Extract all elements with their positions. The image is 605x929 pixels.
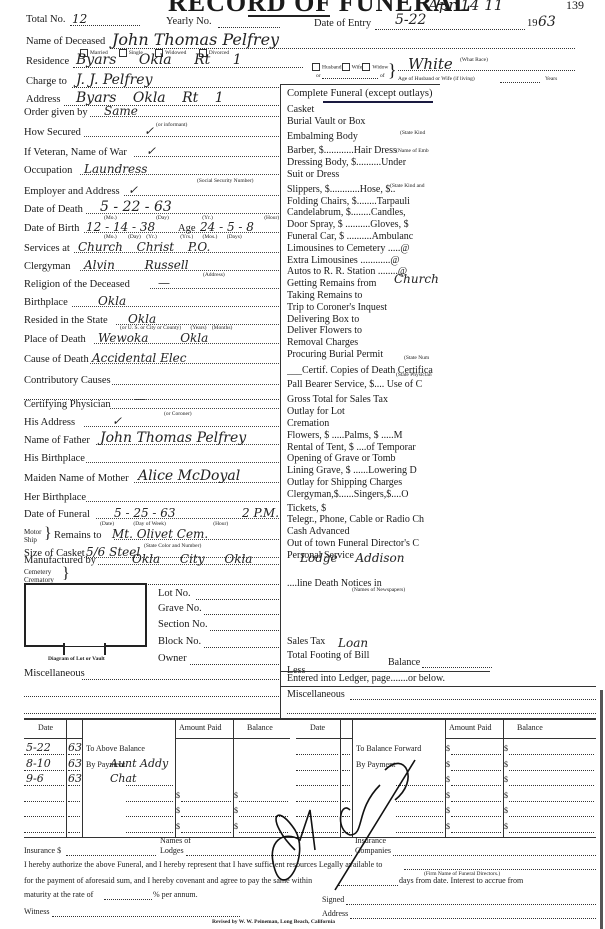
lot-diagram-right-post <box>104 643 106 655</box>
contributory-causes-line <box>112 384 279 385</box>
right-column-divider <box>280 84 281 718</box>
resided-label: Resided in the State <box>24 315 108 326</box>
amount-paid-field[interactable] <box>451 816 501 817</box>
grave-no-line <box>204 614 279 615</box>
date-of-death-label: Date of Death <box>24 204 83 215</box>
funeral-item-label: Door Spray, $ ..........Gloves, $ <box>287 219 409 230</box>
section-no-label: Section No. <box>158 619 208 630</box>
date-of-entry-value[interactable]: 5-22 <box>395 12 426 28</box>
ledger-header-rule <box>24 738 82 739</box>
resided-row: Resided in the State Okla <box>24 312 279 326</box>
ledger-year-line[interactable] <box>68 785 80 786</box>
ledger-year-line[interactable] <box>68 832 80 833</box>
balance-line <box>422 667 492 668</box>
funeral-item-row: Funeral Car, $ ..........Ambulanc <box>287 231 437 242</box>
age-value[interactable]: 24 - 5 - 8 <box>200 220 254 234</box>
date-of-entry-year-prefix: 19 <box>527 18 538 29</box>
funeral-item-label: Suit or Dress <box>287 169 339 180</box>
ledger-column-divider <box>175 720 176 837</box>
date-of-death-value[interactable]: 5 - 22 - 63 <box>100 199 172 215</box>
funeral-item-line[interactable] <box>287 615 437 616</box>
date-of-funeral-row: Date of Funeral 5 - 25 - 63 2 P.M. <box>24 506 279 520</box>
page-number: 139 <box>566 0 584 13</box>
contributory-causes-label: Contributory Causes <box>24 375 111 386</box>
ledger-row-date[interactable]: 5-22 <box>26 741 51 754</box>
funeral-item-row: Telegr., Phone, Cable or Radio Ch <box>287 514 437 525</box>
funeral-item-row: Pall Bearer Service, $.... Use of C <box>287 379 437 390</box>
funeral-item-row: Deliver Flowers to <box>287 325 437 336</box>
misc-right-line-2 <box>287 713 596 714</box>
residence-value[interactable]: Byars Okla Rt 1 <box>76 52 242 68</box>
funeral-item-label: Removal Charges <box>287 337 358 348</box>
maiden-name-row: Maiden Name of Mother Alice McDoyal <box>24 470 279 484</box>
certifying-physician-label: Certifying Physician <box>24 399 111 410</box>
funeral-items-heading: Complete Funeral (except outlays) <box>287 88 433 99</box>
grave-no-label: Grave No. <box>158 603 202 614</box>
motor-label: Motor <box>24 528 42 536</box>
ledger-entry-bottom <box>280 686 596 687</box>
manufactured-by-row: Manufactured by Okla City Okla <box>24 552 279 566</box>
funeral-item-row: Folding Chairs, $........Tarpauli <box>287 196 437 207</box>
casket-sublabel: (State Color and Number) <box>144 543 201 549</box>
funeral-item-row: Burial Vault or Box <box>287 116 437 127</box>
balance-dollar: $ <box>234 806 238 815</box>
funeral-item-row: Rental of Tent, $ ....of Temporar <box>287 442 437 453</box>
witness-line <box>52 916 240 917</box>
funeral-item-label: Extra Limousines ............@ <box>287 255 400 266</box>
age-of-spouse-line <box>500 82 540 83</box>
name-of-father-value[interactable]: John Thomas Pelfrey <box>100 430 246 446</box>
funeral-item-label: Limousines to Cemetery .....@ <box>287 243 410 254</box>
age-label: Age <box>178 223 196 234</box>
cause-of-death-row: Cause of Death Accidental Elec <box>24 351 279 365</box>
balance-dollar: $ <box>504 822 508 831</box>
spouse-brace: } <box>388 60 397 81</box>
balance-field[interactable] <box>509 832 594 833</box>
firm-name-line <box>404 869 596 870</box>
date-of-birth-row: Date of Birth 12 - 14 - 38 Age 24 - 5 - … <box>24 220 279 234</box>
less-value[interactable]: Loan <box>338 636 368 650</box>
certif-sublabel: (State Physician <box>396 372 432 378</box>
getting-remains-from-value[interactable]: Church <box>394 272 439 286</box>
suit-sublabel: (State Kind and <box>390 183 425 189</box>
amount-paid-field[interactable] <box>181 832 231 833</box>
age-of-spouse-label: Age of Husband or Wife (if living) <box>398 76 475 82</box>
race-value[interactable]: White <box>408 55 453 73</box>
funeral-item-row: Gross Total for Sales Tax <box>287 394 437 405</box>
his-birthplace-label: His Birthplace <box>24 453 85 464</box>
funeral-item-row: Extra Limousines ............@ <box>287 255 437 266</box>
funeral-item-label: Trip to Coroner's Inquest <box>287 302 387 313</box>
balance-field[interactable] <box>509 785 594 786</box>
amount-paid-dollar: $ <box>176 806 180 815</box>
ledger-column-divider <box>82 720 83 837</box>
funeral-item-label: Delivering Box to <box>287 314 359 325</box>
employer-row: Employer and Address ✓ <box>24 183 279 197</box>
funeral-item-label: Casket <box>287 104 314 115</box>
owner-line <box>190 664 279 665</box>
misc-right-label: Miscellaneous <box>287 689 345 700</box>
balance-label: Balance <box>388 657 420 668</box>
revised-by-text: Revised by W. W. Peineman, Long Beach, C… <box>212 919 335 925</box>
how-secured-line <box>84 136 279 137</box>
ledger-header-balance: Balance <box>517 723 543 732</box>
birthplace-value[interactable]: Okla <box>98 294 126 308</box>
funeral-item-label: Tickets, $ <box>287 503 326 514</box>
funeral-item-label: Cremation <box>287 418 329 429</box>
ledger-top-rule <box>24 718 596 720</box>
clergyman-value[interactable]: Alvin Russell <box>84 258 189 272</box>
occupation-row: Occupation Laundress <box>24 162 279 176</box>
name-of-father-row: Name of Father John Thomas Pelfrey <box>24 432 279 446</box>
checkbox-widow[interactable] <box>362 63 370 71</box>
funeral-item-label: Opening of Grave or Tomb <box>287 453 396 464</box>
funeral-item-label: Lining Grave, $ ......Lowering D <box>287 465 417 476</box>
ledger-year-line[interactable] <box>68 754 80 755</box>
certifying-physician-row: Certifying Physician — <box>24 396 279 410</box>
amount-paid-dollar: $ <box>446 822 450 831</box>
name-of-deceased-value[interactable]: John Thomas Pelfrey <box>112 30 279 49</box>
place-of-death-label: Place of Death <box>24 334 86 345</box>
resided-value[interactable]: Okla <box>128 312 156 326</box>
funeral-item-row: Outlay for Shipping Charges <box>287 477 437 488</box>
religion-label: Religion of the Deceased <box>24 279 130 290</box>
funeral-item-row: Out of town Funeral Director's C <box>287 538 437 549</box>
scan-edge <box>600 690 603 929</box>
how-secured-label: How Secured <box>24 127 81 138</box>
services-at-label: Services at <box>24 243 70 254</box>
signature-scrawl-icon <box>255 740 425 910</box>
place-of-death-row: Place of Death Wewoka Okla <box>24 331 279 345</box>
funeral-item-row: Cremation <box>287 418 437 429</box>
birthplace-label: Birthplace <box>24 297 68 308</box>
misc-left-line-3 <box>24 713 279 714</box>
burial-vault-sublabel: (State Kind <box>400 130 425 136</box>
amount-paid-field[interactable] <box>181 801 231 802</box>
veteran-label: If Veteran, Name of War <box>24 147 127 158</box>
how-secured-row: How Secured ✓ <box>24 124 279 138</box>
funeral-item-row: Delivering Box to <box>287 314 437 325</box>
ledger-date-line[interactable] <box>24 785 64 786</box>
balance-dollar: $ <box>504 775 508 784</box>
ledger-header-amount-paid: Amount Paid <box>179 723 221 732</box>
amount-paid-dollar: $ <box>446 806 450 815</box>
ledger-row-year[interactable]: 63 <box>68 741 82 754</box>
funeral-item-line[interactable] <box>287 601 437 602</box>
manufactured-by-value[interactable]: Okla City Okla <box>132 552 252 566</box>
maturity-text-2: % per annum. <box>153 890 198 899</box>
newspapers-sublabel: (Names of Newspapers) <box>352 587 405 593</box>
ledger-entry-top <box>280 671 490 672</box>
lodges-label-bottom: Lodges <box>160 846 184 855</box>
funeral-item-row: Outlay for Lot <box>287 406 437 417</box>
date-of-entry-label: Date of Entry <box>314 18 371 29</box>
name-of-father-label: Name of Father <box>24 435 90 446</box>
yearly-no-label: Yearly No. <box>166 16 212 27</box>
ledger-description-field[interactable] <box>126 816 173 817</box>
balance-field[interactable] <box>509 754 594 755</box>
order-given-by-row: Order given by Same <box>24 104 279 118</box>
funeral-item-label: Outlay for Lot <box>287 406 345 417</box>
funeral-item-label: Gross Total for Sales Tax <box>287 394 388 405</box>
funeral-item-row: Tickets, $ <box>287 503 437 514</box>
yearly-no-line <box>218 27 280 28</box>
ledger-date-line[interactable] <box>24 801 64 802</box>
ledger-row-date[interactable]: 9-6 <box>26 772 44 785</box>
amount-paid-field[interactable] <box>451 801 501 802</box>
block-no-line <box>204 647 279 648</box>
place-of-death-value[interactable]: Wewoka Okla <box>98 331 208 345</box>
how-secured-value[interactable]: ✓ <box>144 124 154 138</box>
ledger-date-line[interactable] <box>24 832 64 833</box>
certifying-physician-value[interactable]: — <box>134 392 146 410</box>
amount-paid-field[interactable] <box>451 832 501 833</box>
balance-field[interactable] <box>509 801 594 802</box>
his-birthplace-line <box>86 462 279 463</box>
ledger-year-line[interactable] <box>68 801 80 802</box>
ledger-row-handwritten[interactable]: Aunt Addy <box>110 757 168 770</box>
manufactured-by-label: Manufactured by <box>24 555 96 566</box>
amount-paid-dollar: $ <box>176 791 180 800</box>
spouse-or-label: or <box>316 73 321 79</box>
ledger-description-field[interactable] <box>126 785 173 786</box>
occupation-label: Occupation <box>24 165 72 176</box>
amount-paid-dollar: $ <box>446 775 450 784</box>
funeral-item-label: Total Footing of Bill <box>287 650 369 661</box>
ledger-date-line[interactable] <box>24 816 64 817</box>
funeral-item-row: Removal Charges <box>287 337 437 348</box>
section-no-line <box>210 630 279 631</box>
veteran-value[interactable]: ✓ <box>146 144 156 158</box>
balance-dollar: $ <box>234 822 238 831</box>
residence-label: Residence <box>26 56 69 67</box>
funeral-item-row <box>287 592 437 603</box>
funeral-item-label: Autos to R. R. Station ........@ <box>287 266 407 277</box>
his-address-value[interactable]: ✓ <box>112 414 122 428</box>
funeral-item-row: Cash Advanced <box>287 526 437 537</box>
ledger-date-line[interactable] <box>24 754 64 755</box>
birthplace-row: Birthplace Okla <box>24 294 279 308</box>
date-of-death-row: Date of Death 5 - 22 - 63 <box>24 201 279 215</box>
religion-value[interactable]: — <box>158 276 170 290</box>
funeral-item-label: Slippers, $............Hose, $.. <box>287 184 395 195</box>
maiden-name-label: Maiden Name of Mother <box>24 473 129 484</box>
funeral-item-label: Folding Chairs, $........Tarpauli <box>287 196 410 207</box>
his-address-row: His Address ✓ <box>24 414 279 428</box>
funeral-item-row: Limousines to Cemetery .....@ <box>287 243 437 254</box>
total-no-label: Total No. <box>26 14 66 25</box>
personal-service-value[interactable]: Lodge Addison <box>300 551 404 565</box>
funeral-item-row: Suit or Dress <box>287 169 437 180</box>
funeral-heading-underline <box>323 101 433 103</box>
funeral-item-row: Opening of Grave or Tomb <box>287 453 437 464</box>
services-at-row: Services at Church Christ P.O. <box>24 240 279 254</box>
maiden-name-value[interactable]: Alice McDoyal <box>138 468 240 484</box>
insurance-line <box>66 855 156 856</box>
funeral-item-label: Getting Remains from <box>287 278 376 289</box>
amount-paid-field[interactable] <box>451 785 501 786</box>
ledger-header-balance: Balance <box>247 723 273 732</box>
date-of-entry-line <box>375 29 525 30</box>
ledger-header-date: Date <box>38 723 53 732</box>
charge-to-value[interactable]: J. J. Pelfrey <box>76 72 152 88</box>
ledger-description-field[interactable] <box>126 801 173 802</box>
services-at-value[interactable]: Church Christ P.O. <box>78 240 210 254</box>
funeral-item-row: Taking Remains to <box>287 290 437 301</box>
witness-label: Witness <box>24 907 49 916</box>
amount-paid-dollar: $ <box>176 822 180 831</box>
contributory-causes-row: Contributory Causes <box>24 372 279 386</box>
ledger-header-amount-paid: Amount Paid <box>449 723 491 732</box>
balance-field[interactable] <box>509 770 594 771</box>
employer-label: Employer and Address <box>24 186 120 197</box>
balance-dollar: $ <box>504 760 508 769</box>
lot-no-line <box>196 599 279 600</box>
cause-of-death-label: Cause of Death <box>24 354 89 365</box>
funeral-item-label: Barber, $............Hair Dress <box>287 145 397 156</box>
balance-field[interactable] <box>509 816 594 817</box>
right-column-top <box>280 84 440 85</box>
amount-paid-dollar: $ <box>446 760 450 769</box>
remains-to-value[interactable]: Mt. Olivet Cem. <box>112 527 208 541</box>
misc-left-line-2 <box>24 696 279 697</box>
ledger-description-field[interactable] <box>126 832 173 833</box>
date-of-birth-label: Date of Birth <box>24 223 79 234</box>
address-footer-line <box>350 918 596 919</box>
her-birthplace-label: Her Birthplace <box>24 492 86 503</box>
his-address-label: His Address <box>24 417 75 428</box>
funeral-item-label: Flowers, $ .....Palms, $ .....M <box>287 430 403 441</box>
ledger-year-line[interactable] <box>68 770 80 771</box>
his-birthplace-row: His Birthplace <box>24 450 279 464</box>
ledger-row-date[interactable]: 8-10 <box>26 757 51 770</box>
misc-left-line-1 <box>82 679 279 680</box>
ledger-row-handwritten[interactable]: Chat <box>110 772 136 785</box>
total-no-value[interactable]: 12 <box>72 12 87 26</box>
funeral-item-row: Flowers, $ .....Palms, $ .....M <box>287 430 437 441</box>
ship-label: Ship <box>24 536 37 544</box>
lot-diagram-gap <box>64 640 104 646</box>
funeral-item-label: Out of town Funeral Director's C <box>287 538 419 549</box>
lot-diagram-left-post <box>63 643 65 655</box>
balance-dollar: $ <box>504 806 508 815</box>
balance-dollar: $ <box>234 791 238 800</box>
misc-left-label: Miscellaneous <box>24 668 85 679</box>
lodges-label-top: Names of <box>160 836 191 845</box>
maturity-text-1: maturity at the rate of <box>24 890 93 899</box>
amount-paid-dollar: $ <box>446 791 450 800</box>
employer-line <box>124 195 279 196</box>
occupation-value[interactable]: Laundress <box>84 162 147 176</box>
funeral-item-label: Telegr., Phone, Cable or Radio Ch <box>287 514 424 525</box>
funeral-item-label: Candelabrum, $........Candles, <box>287 207 406 218</box>
checkbox-husband[interactable] <box>312 63 320 71</box>
age-of-spouse-unit: Years <box>545 76 557 82</box>
funeral-item-label: Procuring Burial Permit <box>287 349 383 360</box>
remains-to-row: Remains to Mt. Olivet Cem. <box>54 527 279 541</box>
race-sublabel: (What Race) <box>460 57 488 63</box>
remains-brace: } <box>44 525 52 543</box>
ledger-column-divider <box>233 720 234 837</box>
embalming-sublabel: (Name of Emb <box>396 148 429 154</box>
funeral-item-row: Clergyman,$......Singers,$....O <box>287 489 437 500</box>
amount-paid-field[interactable] <box>181 816 231 817</box>
address-footer-label: Address <box>322 909 348 918</box>
religion-row: Religion of the Deceased — <box>24 276 279 290</box>
funeral-item-row: Door Spray, $ ..........Gloves, $ <box>287 219 437 230</box>
funeral-item-label: Sales Tax <box>287 636 325 647</box>
funeral-item-label: Deliver Flowers to <box>287 325 362 336</box>
cause-of-death-value[interactable]: Accidental Elec <box>92 351 187 365</box>
lot-diagram <box>24 583 147 647</box>
funeral-item-label: Funeral Car, $ ..........Ambulanc <box>287 231 413 242</box>
ledger-row-description: To Above Balance <box>86 744 145 753</box>
amount-paid-field[interactable] <box>451 770 501 771</box>
ledger-year-line[interactable] <box>68 816 80 817</box>
ledger-column-divider <box>66 720 67 837</box>
funeral-item-row: Casket <box>287 104 437 115</box>
ledger-row-year[interactable]: 63 <box>68 757 82 770</box>
block-no-label: Block No. <box>158 636 201 647</box>
amount-paid-dollar: $ <box>446 744 450 753</box>
amount-paid-field[interactable] <box>451 754 501 755</box>
top-annotation: Apr 14 11 <box>428 0 503 14</box>
remains-to-label: Remains to <box>54 530 102 541</box>
date-of-funeral-value[interactable]: 5 - 25 - 63 <box>114 506 176 520</box>
ledger-header-rule <box>445 738 596 739</box>
her-birthplace-line <box>86 501 279 502</box>
balance-dollar: $ <box>504 791 508 800</box>
order-given-by-value[interactable]: Same <box>104 104 138 118</box>
title-underline <box>248 15 330 17</box>
permit-sublabel: (State Num <box>404 355 429 361</box>
diagram-caption: Diagram of Lot or Vault <box>48 656 105 662</box>
funeral-item-label: Taking Remains to <box>287 290 362 301</box>
funeral-item-row <box>287 565 437 576</box>
her-birthplace-row: Her Birthplace <box>24 489 279 503</box>
insurance-label: Insurance $ <box>24 846 61 855</box>
date-of-birth-value[interactable]: 12 - 14 - 38 <box>86 220 155 234</box>
funeral-item-row: Dressing Body, $..........Under <box>287 157 437 168</box>
employer-value[interactable]: ✓ <box>128 183 138 197</box>
ledger-header-date: Date <box>310 723 325 732</box>
funeral-hour-value[interactable]: 2 P.M. <box>242 506 279 520</box>
ledger-date-line[interactable] <box>24 770 64 771</box>
spouse-or-line <box>322 78 378 79</box>
rate-line <box>104 899 152 900</box>
date-of-entry-year[interactable]: 63 <box>538 14 556 30</box>
cemetery-brace: } <box>62 565 70 583</box>
funeral-item-row <box>287 620 437 631</box>
funeral-item-row: Trip to Coroner's Inquest <box>287 302 437 313</box>
ledger-entry-label: Entered into Ledger, page.......or below… <box>287 673 445 684</box>
funeral-item-row: Candelabrum, $........Candles, <box>287 207 437 218</box>
funeral-item-label: Pall Bearer Service, $.... Use of C <box>287 379 422 390</box>
cemetery-label: Cemetery <box>24 568 51 576</box>
misc-right-line-1 <box>350 699 596 700</box>
funeral-item-line[interactable] <box>287 629 437 630</box>
funeral-item-label: Clergyman,$......Singers,$....O <box>287 489 408 500</box>
checkbox-wife[interactable] <box>342 63 350 71</box>
funeral-item-row <box>287 606 437 617</box>
funeral-item-line[interactable] <box>287 574 437 575</box>
spouse-options: HusbandWifeWidow <box>312 63 388 71</box>
clergyman-row: Clergyman Alvin Russell <box>24 258 279 272</box>
ledger-row-year[interactable]: 63 <box>68 772 82 785</box>
funeral-item-label: Embalming Body <box>287 131 358 142</box>
spouse-of-label: of <box>380 73 385 79</box>
ledger-header-rule <box>296 738 352 739</box>
